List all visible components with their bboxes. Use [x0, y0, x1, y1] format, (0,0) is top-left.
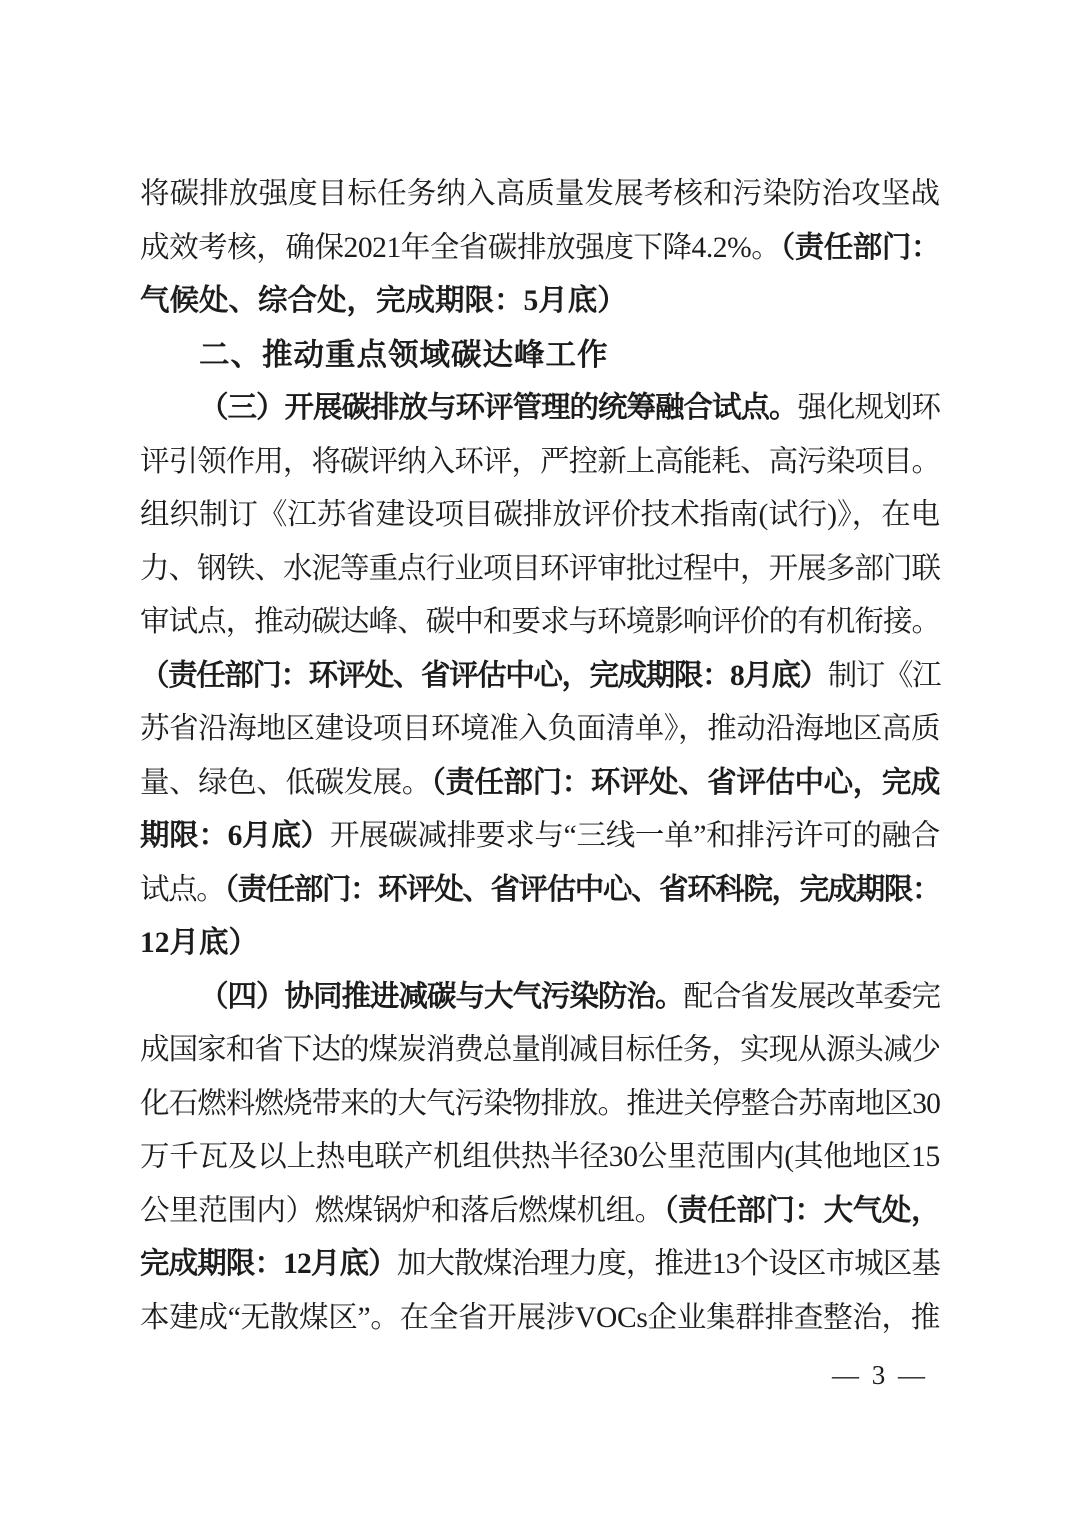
- text-line: 成效考核，确保2021年全省碳排放强度下降4.2%。（责任部门：: [140, 222, 940, 276]
- text-line: （责任部门：环评处、省评估中心，完成期限：8月底）制订《江: [140, 650, 940, 704]
- text-segment: 配合省发展改革委完: [684, 981, 940, 1013]
- text-line: 试点。（责任部门：环评处、省评估中心、省环科院，完成期限：: [140, 864, 940, 918]
- text-segment: 本建成“无散煤区”。在全省开展涉VOCs企业集群排查整治，推: [140, 1302, 940, 1334]
- text-line: 组织制订《江苏省建设项目碳排放评价技术指南(试行)》，在电: [140, 489, 940, 543]
- text-segment: 组织制订《江苏省建设项目碳排放评价技术指南(试行)》，在电: [140, 499, 940, 531]
- text-segment: 强化规划环: [798, 392, 940, 424]
- text-line: 本建成“无散煤区”。在全省开展涉VOCs企业集群排查整治，推: [140, 1292, 940, 1346]
- document-page: 将碳排放强度目标任务纳入高质量发展考核和污染防治攻坚战成效考核，确保2021年全…: [0, 0, 1080, 1527]
- section-heading: 二、推动重点领域碳达峰工作: [140, 329, 940, 383]
- text-segment: 开展碳减排要求与“三线一单”和排污许可的融合: [330, 820, 940, 852]
- text-line: 苏省沿海地区建设项目环境准入负面清单》，推动沿海地区高质: [140, 703, 940, 757]
- text-line: 12月底）: [140, 917, 940, 971]
- text-segment: 期限：6月底）: [140, 820, 330, 852]
- text-segment: 万千瓦及以上热电联产机组供热半径30公里范围内(其他地区15: [140, 1141, 940, 1173]
- text-segment: 完成期限：12月底）: [140, 1248, 397, 1280]
- text-line: 审试点，推动碳达峰、碳中和要求与环境影响评价的有机衔接。: [140, 596, 940, 650]
- text-segment: 加大散煤治理力度，推进13个设区市城区基: [397, 1248, 940, 1280]
- text-segment: 化石燃料燃烧带来的大气污染物排放。推进关停整合苏南地区30: [140, 1088, 940, 1120]
- text-segment: 评引领作用，将碳评纳入环评，严控新上高能耗、高污染项目。: [140, 446, 940, 478]
- text-line: 评引领作用，将碳评纳入环评，严控新上高能耗、高污染项目。: [140, 436, 940, 490]
- text-segment: （责任部门：: [780, 232, 940, 264]
- text-segment: 制订《江: [828, 660, 940, 692]
- text-segment: 12月底）: [140, 927, 258, 959]
- text-segment: （责任部门：环评处、省评估中心，完成期限：8月底）: [140, 660, 828, 692]
- text-segment: 将碳排放强度目标任务纳入高质量发展考核和污染防治攻坚战: [140, 178, 940, 210]
- text-line: 公里范围内）燃煤锅炉和落后燃煤机组。（责任部门：大气处，: [140, 1185, 940, 1239]
- text-segment: （责任部门：环评处、省评估中心、省环科院，完成期限：: [224, 874, 940, 906]
- text-line: 将碳排放强度目标任务纳入高质量发展考核和污染防治攻坚战: [140, 168, 940, 222]
- text-segment: （三）开展碳排放与环评管理的统筹融合试点。: [199, 392, 798, 424]
- text-line: 力、钢铁、水泥等重点行业项目环评审批过程中，开展多部门联: [140, 543, 940, 597]
- text-segment: 审试点，推动碳达峰、碳中和要求与环境影响评价的有机衔接。: [140, 606, 940, 638]
- document-body: 将碳排放强度目标任务纳入高质量发展考核和污染防治攻坚战成效考核，确保2021年全…: [140, 168, 940, 1345]
- text-segment: 公里范围内）燃煤锅炉和落后燃煤机组。: [140, 1195, 664, 1227]
- text-segment: （四）协同推进减碳与大气污染防治。: [199, 981, 684, 1013]
- text-segment: 力、钢铁、水泥等重点行业项目环评审批过程中，开展多部门联: [140, 553, 940, 585]
- text-segment: 试点。: [140, 874, 224, 906]
- text-segment: 苏省沿海地区建设项目环境准入负面清单》，推动沿海地区高质: [140, 713, 940, 745]
- text-line: 气候处、综合处，完成期限：5月底）: [140, 275, 940, 329]
- text-line: 期限：6月底）开展碳减排要求与“三线一单”和排污许可的融合: [140, 810, 940, 864]
- text-line: 完成期限：12月底）加大散煤治理力度，推进13个设区市城区基: [140, 1238, 940, 1292]
- page-number: — 3 —: [832, 1353, 928, 1398]
- text-line: （三）开展碳排放与环评管理的统筹融合试点。强化规划环: [140, 382, 940, 436]
- text-segment: 二、推动重点领域碳达峰工作: [199, 338, 609, 372]
- text-line: 万千瓦及以上热电联产机组供热半径30公里范围内(其他地区15: [140, 1131, 940, 1185]
- text-segment: （责任部门：大气处，: [664, 1195, 940, 1227]
- text-line: （四）协同推进减碳与大气污染防治。配合省发展改革委完: [140, 971, 940, 1025]
- text-line: 成国家和省下达的煤炭消费总量削减目标任务，实现从源头减少: [140, 1024, 940, 1078]
- text-segment: （责任部门：环评处、省评估中心，完成: [431, 767, 940, 799]
- text-segment: 气候处、综合处，完成期限：5月底）: [140, 285, 627, 317]
- text-segment: 量、绿色、低碳发展。: [140, 767, 431, 799]
- text-line: 化石燃料燃烧带来的大气污染物排放。推进关停整合苏南地区30: [140, 1078, 940, 1132]
- text-segment: 成效考核，确保2021年全省碳排放强度下降4.2%。: [140, 232, 780, 264]
- text-segment: 成国家和省下达的煤炭消费总量削减目标任务，实现从源头减少: [140, 1034, 940, 1066]
- text-line: 量、绿色、低碳发展。（责任部门：环评处、省评估中心，完成: [140, 757, 940, 811]
